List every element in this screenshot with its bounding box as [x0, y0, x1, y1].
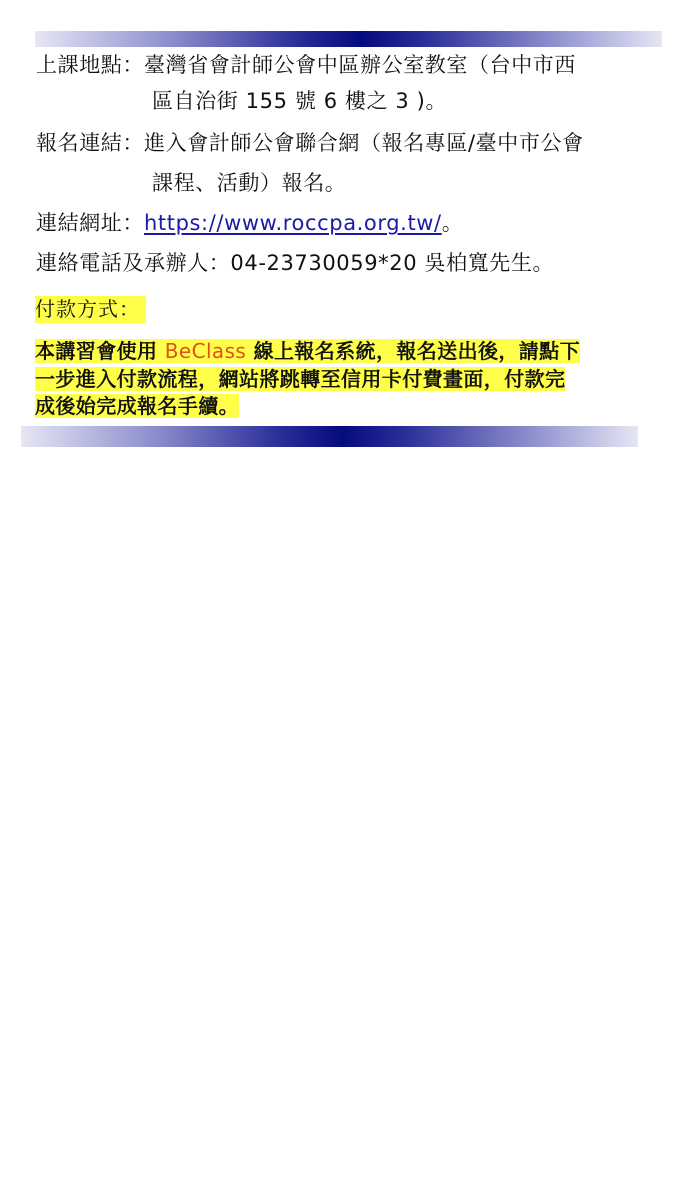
payment-row-1: 本講習會使用 BeClass 線上報名系統，報名送出後，請點下	[35, 338, 639, 366]
payment-row-2: 一步進入付款流程，網站將跳轉至信用卡付費畫面，付款完	[35, 366, 639, 394]
brand-beclass: BeClass	[165, 339, 246, 363]
registration-line-1: 報名連結：進入會計師公會聯合網（報名專區/臺中市公會	[36, 130, 584, 156]
payment-text-1a: 本講習會使用	[35, 339, 165, 363]
website-suffix: 。	[442, 211, 464, 235]
payment-text-1b: 線上報名系統，報名送出後，請點下	[246, 339, 580, 363]
location-line-1: 上課地點：臺灣省會計師公會中區辦公室教室（台中市西	[36, 52, 576, 78]
location-label: 上課地點：	[36, 53, 144, 77]
payment-text-2: 一步進入付款流程，網站將跳轉至信用卡付費畫面，付款完	[35, 367, 565, 391]
bottom-gradient-divider	[21, 426, 638, 447]
website-label: 連結網址：	[36, 211, 144, 235]
payment-row-3: 成後始完成報名手續。	[35, 393, 639, 421]
website-line: 連結網址：https://www.roccpa.org.tw/。	[36, 210, 463, 236]
contact-line: 連絡電話及承辦人：04-23730059*20 吳柏寬先生。	[36, 250, 554, 276]
website-link[interactable]: https://www.roccpa.org.tw/	[144, 211, 442, 235]
registration-label: 報名連結：	[36, 131, 144, 155]
location-line-2: 區自治街 155 號 6 樓之 3 )。	[152, 88, 447, 114]
payment-label: 付款方式：	[35, 296, 146, 323]
payment-paragraph: 本講習會使用 BeClass 線上報名系統，報名送出後，請點下 一步進入付款流程…	[35, 338, 639, 421]
registration-value-1: 進入會計師公會聯合網（報名專區/臺中市公會	[144, 131, 584, 155]
registration-line-2: 課程、活動）報名。	[152, 170, 346, 196]
payment-text-3: 成後始完成報名手續。	[35, 394, 239, 418]
location-value-1: 臺灣省會計師公會中區辦公室教室（台中市西	[144, 53, 576, 77]
top-gradient-divider	[35, 31, 662, 47]
